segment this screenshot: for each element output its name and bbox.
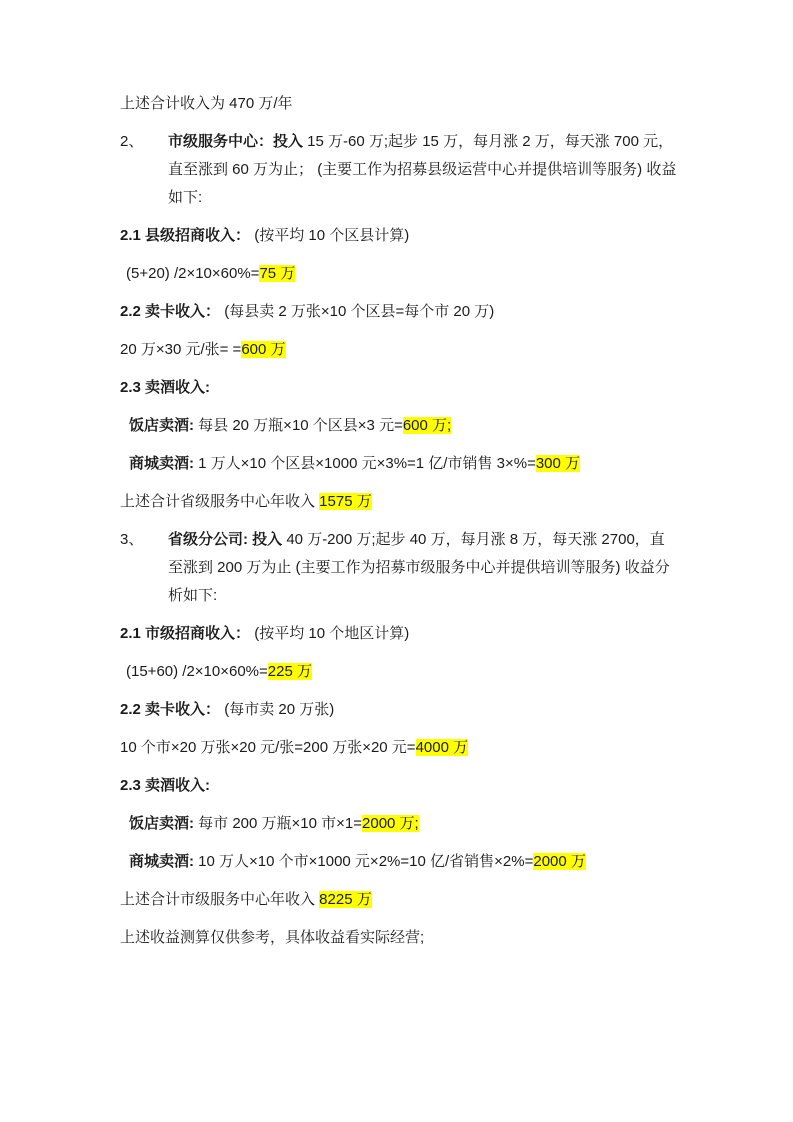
text-segment: (按平均 10 个区县计算) bbox=[250, 227, 409, 244]
highlighted-value: 75 万 bbox=[259, 265, 295, 282]
text-segment: 上述合计省级服务中心年收入 bbox=[120, 493, 319, 510]
highlighted-value: 600 万 bbox=[241, 341, 285, 358]
highlighted-value: 1575 万 bbox=[319, 493, 372, 510]
disclaimer-line: 上述收益测算仅供参考，具体收益看实际经营; bbox=[120, 924, 678, 952]
highlighted-value: 4000 万 bbox=[416, 739, 469, 756]
list-number: 2、 bbox=[120, 128, 143, 156]
text-segment: 10 个市×20 万张×20 元/张=200 万张×20 元= bbox=[120, 739, 416, 756]
highlighted-value: 600 万; bbox=[403, 417, 451, 434]
highlighted-value: 2000 万 bbox=[533, 853, 586, 870]
heading-card-sales-income: 2.2 卖卡收入： (每县卖 2 万张×10 个区县=每个市 20 万) bbox=[120, 298, 678, 326]
highlighted-value: 8225 万 bbox=[319, 891, 372, 908]
heading-liquor-sales-income: 2.3 卖酒收入: bbox=[120, 374, 678, 402]
formula-city-merchant: (15+60) /2×10×60%=225 万 bbox=[120, 658, 678, 686]
heading-city-merchant-income: 2.1 市级招商收入： (按平均 10 个地区计算) bbox=[120, 620, 678, 648]
bold-segment: 饭店卖酒: bbox=[129, 417, 194, 434]
total-income-line: 上述合计收入为 470 万/年 bbox=[120, 90, 678, 118]
restaurant-liquor-line: 饭店卖酒: 每县 20 万瓶×10 个区县×3 元=600 万; bbox=[120, 412, 678, 440]
text-segment: 1 万人×10 个区县×1000 元×3%=1 亿/市销售 3×%= bbox=[194, 455, 536, 472]
mall-liquor-line: 商城卖酒: 1 万人×10 个区县×1000 元×3%=1 亿/市销售 3×%=… bbox=[120, 450, 678, 478]
highlighted-value: 2000 万; bbox=[362, 815, 419, 832]
text-segment: 上述合计市级服务中心年收入 bbox=[120, 891, 319, 908]
list-item-provincial-branch: 3、省级分公司: 投入 40 万-200 万;起步 40 万，每月涨 8 万，每… bbox=[120, 526, 678, 610]
list-number: 3、 bbox=[120, 526, 143, 554]
bold-segment: 饭店卖酒: bbox=[129, 815, 194, 832]
bold-segment: 2.3 卖酒收入: bbox=[120, 379, 210, 396]
bold-segment: 2.1 市级招商收入： bbox=[120, 625, 250, 642]
text-segment: (按平均 10 个地区计算) bbox=[250, 625, 409, 642]
formula-card-sales: 20 万×30 元/张= =600 万 bbox=[120, 336, 678, 364]
city-annual-income-total: 上述合计市级服务中心年收入 8225 万 bbox=[120, 886, 678, 914]
list-item-city-service-center: 2、市级服务中心：投入 15 万-60 万;起步 15 万，每月涨 2 万，每天… bbox=[120, 128, 678, 212]
text-segment: (每市卖 20 万张) bbox=[220, 701, 334, 718]
text-segment: (5+20) /2×10×60%= bbox=[126, 265, 259, 282]
bold-segment: 省级分公司: 投入 bbox=[168, 531, 282, 548]
heading-card-sales-income-provincial: 2.2 卖卡收入： (每市卖 20 万张) bbox=[120, 696, 678, 724]
highlighted-value: 225 万 bbox=[268, 663, 312, 680]
heading-liquor-sales-income-provincial: 2.3 卖酒收入: bbox=[120, 772, 678, 800]
text-segment: 每县 20 万瓶×10 个区县×3 元= bbox=[194, 417, 403, 434]
formula-county-merchant: (5+20) /2×10×60%=75 万 bbox=[120, 260, 678, 288]
text-segment: (15+60) /2×10×60%= bbox=[126, 663, 268, 680]
bold-segment: 2.3 卖酒收入: bbox=[120, 777, 210, 794]
mall-liquor-line-provincial: 商城卖酒: 10 万人×10 个市×1000 元×2%=10 亿/省销售×2%=… bbox=[120, 848, 678, 876]
bold-segment: 2.2 卖卡收入： bbox=[120, 303, 220, 320]
text-segment: 10 万人×10 个市×1000 元×2%=10 亿/省销售×2%= bbox=[194, 853, 533, 870]
text-segment: 上述收益测算仅供参考，具体收益看实际经营; bbox=[120, 929, 424, 946]
text-segment: 上述合计收入为 470 万/年 bbox=[120, 95, 293, 112]
bold-segment: 市级服务中心：投入 bbox=[168, 133, 303, 150]
text-segment: 每市 200 万瓶×10 市×1= bbox=[194, 815, 362, 832]
text-segment: 20 万×30 元/张= = bbox=[120, 341, 241, 358]
highlighted-value: 300 万 bbox=[536, 455, 580, 472]
bold-segment: 2.1 县级招商收入： bbox=[120, 227, 250, 244]
bold-segment: 商城卖酒: bbox=[129, 853, 194, 870]
bold-segment: 商城卖酒: bbox=[129, 455, 194, 472]
text-segment: (每县卖 2 万张×10 个区县=每个市 20 万) bbox=[220, 303, 494, 320]
formula-card-sales-provincial: 10 个市×20 万张×20 元/张=200 万张×20 元=4000 万 bbox=[120, 734, 678, 762]
provincial-annual-income-total: 上述合计省级服务中心年收入 1575 万 bbox=[120, 488, 678, 516]
restaurant-liquor-line-provincial: 饭店卖酒: 每市 200 万瓶×10 市×1=2000 万; bbox=[120, 810, 678, 838]
bold-segment: 2.2 卖卡收入： bbox=[120, 701, 220, 718]
heading-county-merchant-income: 2.1 县级招商收入： (按平均 10 个区县计算) bbox=[120, 222, 678, 250]
document-page: 上述合计收入为 470 万/年 2、市级服务中心：投入 15 万-60 万;起步… bbox=[0, 0, 793, 1122]
